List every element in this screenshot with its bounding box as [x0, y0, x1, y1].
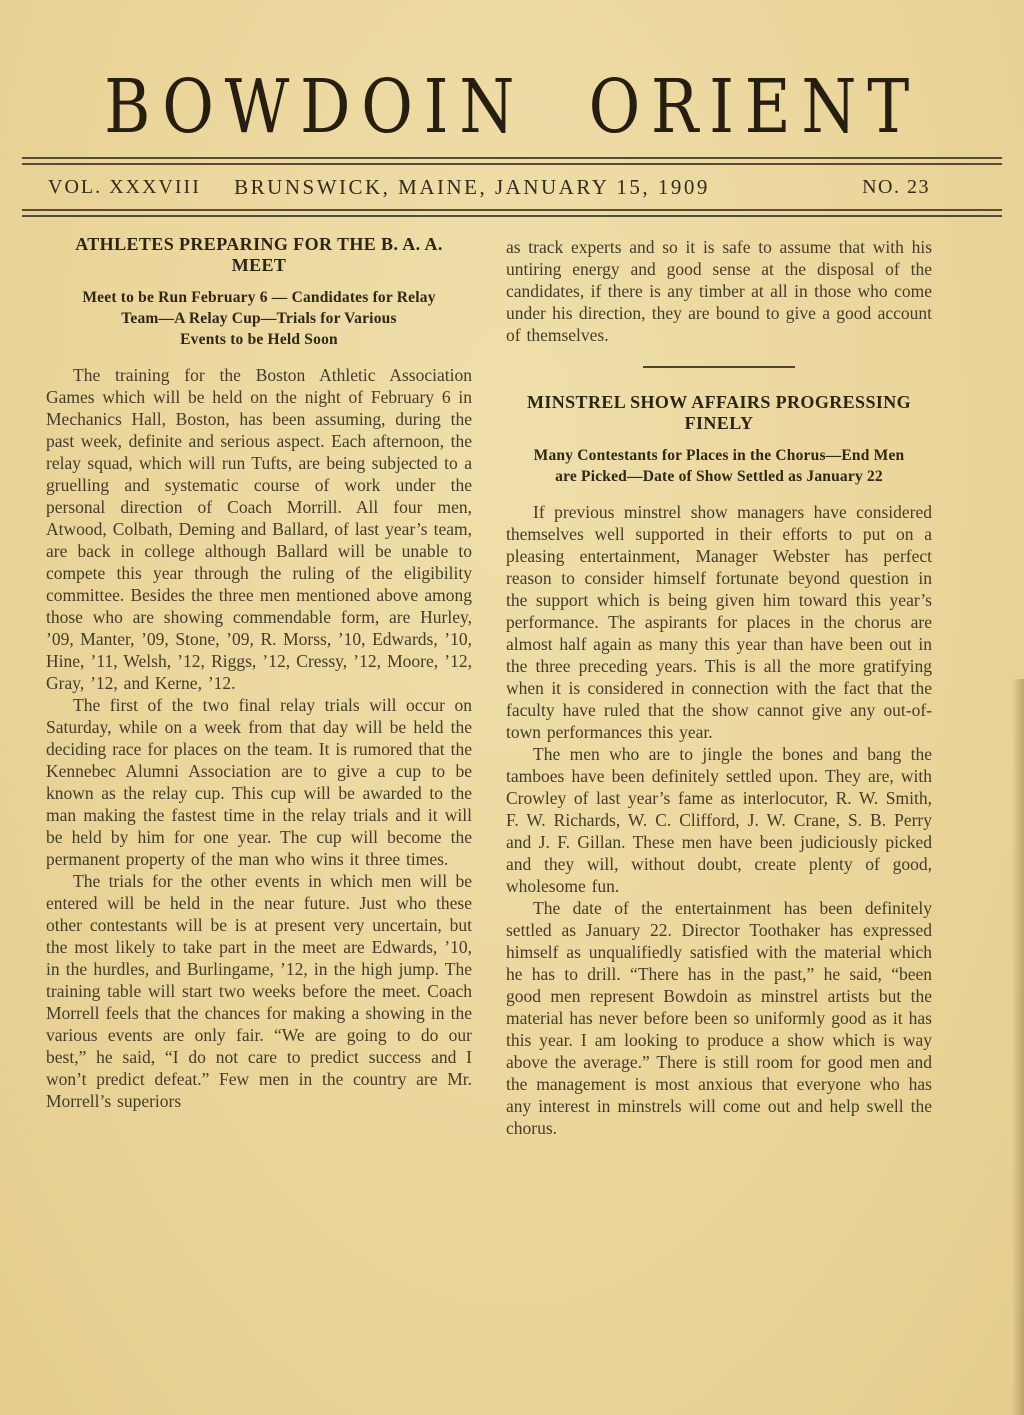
dateline-row: VOL. XXXVIII BRUNSWICK, MAINE, JANUARY 1… [22, 165, 1002, 209]
athletes-subhead-line-3: Events to be Held Soon [46, 329, 472, 350]
athletes-paragraph-1: The training for the Boston Athletic Ass… [46, 364, 472, 694]
minstrel-paragraph-2: The men who are to jingle the bones and … [506, 743, 932, 897]
masthead-double-rule-top [22, 157, 1002, 165]
minstrel-subhead-line-1: Many Contestants for Places in the Choru… [506, 445, 932, 466]
masthead-double-rule-bottom [22, 209, 1002, 217]
athletes-headline: ATHLETES PREPARING FOR THE B. A. A. MEET [46, 234, 472, 276]
minstrel-subhead-line-2: are Picked—Date of Show Settled as Janua… [506, 466, 932, 487]
right-column: as track experts and so it is safe to as… [506, 234, 932, 1139]
minstrel-paragraph-1: If previous minstrel show managers have … [506, 501, 932, 743]
athletes-subhead-line-1: Meet to be Run February 6 — Candidates f… [46, 287, 472, 308]
athletes-continuation-paragraph: as track experts and so it is safe to as… [506, 236, 932, 346]
place-date-label: BRUNSWICK, MAINE, JANUARY 15, 1909 [22, 175, 922, 200]
minstrel-headline: MINSTREL SHOW AFFAIRS PROGRESSING FINELY [506, 392, 932, 434]
section-divider-rule [643, 366, 795, 368]
newspaper-page: BOWDOIN ORIENT VOL. XXXVIII BRUNSWICK, M… [0, 0, 1024, 1415]
left-column: ATHLETES PREPARING FOR THE B. A. A. MEET… [46, 234, 472, 1139]
article-columns: ATHLETES PREPARING FOR THE B. A. A. MEET… [0, 217, 1024, 1139]
issue-number-label: NO. 23 [862, 176, 930, 199]
masthead: BOWDOIN ORIENT [0, 70, 1024, 143]
athletes-subhead-line-2: Team—A Relay Cup—Trials for Various [46, 308, 472, 329]
athletes-paragraph-3: The trials for the other events in which… [46, 870, 472, 1112]
athletes-paragraph-2: The first of the two final relay trials … [46, 694, 472, 870]
minstrel-subhead: Many Contestants for Places in the Choru… [506, 445, 932, 487]
athletes-subhead: Meet to be Run February 6 — Candidates f… [46, 287, 472, 350]
minstrel-paragraph-3: The date of the entertainment has been d… [506, 897, 932, 1139]
masthead-title: BOWDOIN ORIENT [104, 63, 920, 149]
